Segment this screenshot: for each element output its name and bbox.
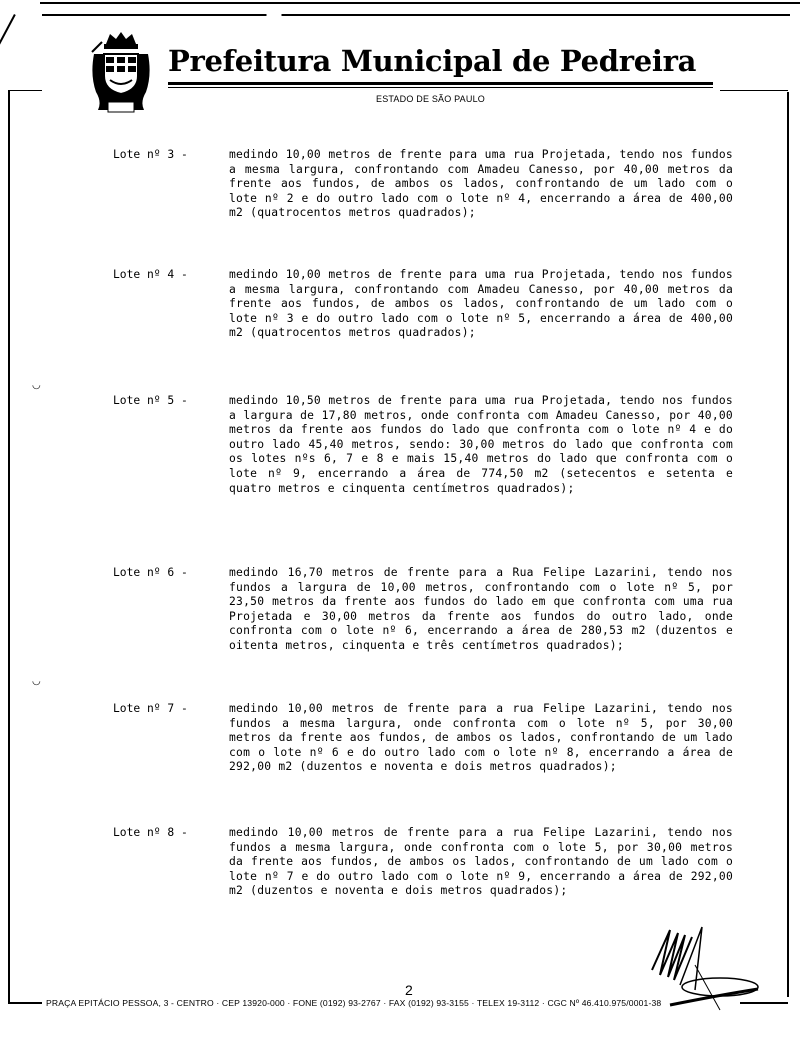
scan-edge-line (40, 2, 800, 4)
page-title: Prefeitura Municipal de Pedreira (168, 44, 728, 78)
lote-text: medindo 10,00 metros de frente para a ru… (229, 702, 733, 775)
margin-mark: ◡ (32, 676, 41, 687)
lote-text: medindo 10,50 metros de frente para uma … (229, 394, 733, 496)
signature-icon (640, 925, 790, 1025)
header-rule (168, 82, 713, 85)
lote-label: Lote nº 3 - (113, 148, 188, 163)
page-number: 2 (405, 982, 413, 998)
coat-of-arms-icon (88, 30, 154, 116)
footer-rule-left (8, 1002, 42, 1004)
lote-label: Lote nº 7 - (113, 702, 188, 717)
lote-text: medindo 16,70 metros de frente para a Ru… (229, 566, 733, 654)
lote-label: Lote nº 8 - (113, 826, 188, 841)
lote-paragraph: Lote nº 3 - medindo 10,00 metros de fren… (113, 148, 733, 221)
lote-text: medindo 10,00 metros de frente para uma … (229, 148, 733, 221)
lote-paragraph: Lote nº 7 - medindo 10,00 metros de fren… (113, 702, 733, 775)
frame-left-border (8, 90, 10, 1002)
frame-divider (720, 90, 788, 91)
lote-paragraph: Lote nº 8 - medindo 10,00 metros de fren… (113, 826, 733, 899)
frame-right-border (787, 92, 789, 997)
header-rule-thin (168, 87, 713, 88)
page-subtitle: ESTADO DE SÃO PAULO (376, 94, 485, 104)
lote-label: Lote nº 6 - (113, 566, 188, 581)
lote-text: medindo 10,00 metros de frente para uma … (229, 268, 733, 341)
footer-address: PRAÇA EPITÁCIO PESSOA, 3 - CENTRO · CEP … (46, 998, 661, 1008)
document-page: Prefeitura Municipal de Pedreira ESTADO … (0, 0, 800, 1038)
lote-paragraph: Lote nº 6 - medindo 16,70 metros de fren… (113, 566, 733, 654)
lote-label: Lote nº 5 - (113, 394, 188, 409)
lote-paragraph: Lote nº 4 - medindo 10,00 metros de fren… (113, 268, 733, 341)
frame-corner-diagonal (0, 14, 16, 94)
lote-paragraph: Lote nº 5 - medindo 10,50 metros de fren… (113, 394, 733, 496)
margin-mark: ◡ (32, 380, 41, 391)
frame-divider (8, 90, 42, 91)
lote-label: Lote nº 4 - (113, 268, 188, 283)
frame-top-border (42, 14, 790, 16)
lote-text: medindo 10,00 metros de frente para a ru… (229, 826, 733, 899)
